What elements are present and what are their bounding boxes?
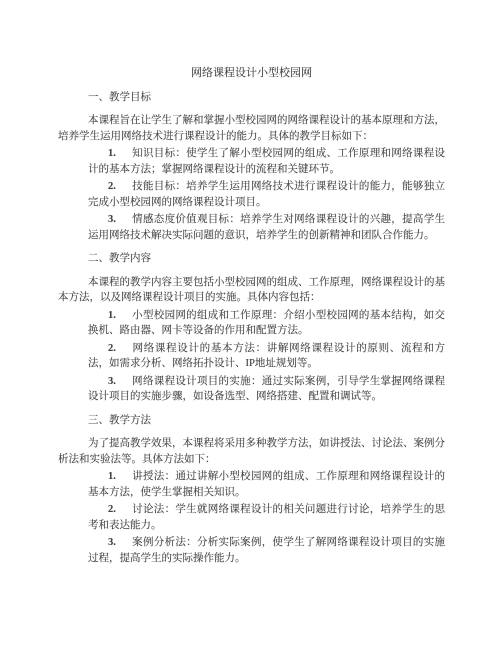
section-heading: 二、教学内容 <box>58 251 445 267</box>
list-item: 2.网络课程设计的基本方法：讲解网络课程设计的原则、流程和方法，如需求分析、网络… <box>58 341 445 372</box>
section-heading: 一、教学目标 <box>58 90 445 106</box>
section-intro: 为了提高教学效果，本课程将采用多种教学方法，如讲授法、讨论法、案例分析法和实验法… <box>58 436 445 467</box>
item-text: 情感态度价值观目标：培养学生对网络课程设计的兴趣，提高学生运用网络技术解决实际问… <box>88 214 445 241</box>
page-title: 网络课程设计小型校园网 <box>58 66 445 82</box>
section-intro: 本课程的教学内容主要包括小型校园网的组成、工作原理，网络课程设计的基本方法，以及… <box>58 275 445 306</box>
list-item: 2.讨论法：学生就网络课程设计的相关问题进行讨论，培养学生的思考和表达能力。 <box>58 502 445 533</box>
item-number: 1. <box>108 471 116 482</box>
list-item: 2.技能目标：培养学生运用网络技术进行课程设计的能力，能够独立完成小型校园网的网… <box>58 179 445 210</box>
section-heading: 三、教学方法 <box>58 413 445 429</box>
item-number: 1. <box>108 310 116 321</box>
item-text: 网络课程设计的基本方法：讲解网络课程设计的原则、流程和方法，如需求分析、网络拓扑… <box>88 343 445 370</box>
item-number: 3. <box>108 376 116 387</box>
item-number: 3. <box>108 537 116 548</box>
list-item: 3.情感态度价值观目标：培养学生对网络课程设计的兴趣，提高学生运用网络技术解决实… <box>58 212 445 243</box>
section-intro: 本课程旨在让学生了解和掌握小型校园网的网络课程设计的基本原理和方法，培养学生运用… <box>58 113 445 144</box>
list-item: 1.知识目标：使学生了解小型校园网的组成、工作原理和网络课程设计的基本方法；掌握… <box>58 146 445 177</box>
list-item: 1.讲授法：通过讲解小型校园网的组成、工作原理和网络课程设计的基本方法，使学生掌… <box>58 469 445 500</box>
item-number: 2. <box>108 343 116 354</box>
item-text: 技能目标：培养学生运用网络技术进行课程设计的能力，能够独立完成小型校园网的网络课… <box>88 181 445 208</box>
item-number: 1. <box>108 148 116 159</box>
list-item: 1.小型校园网的组成和工作原理：介绍小型校园网的基本结构，如交换机、路由器、网卡… <box>58 308 445 339</box>
item-number: 2. <box>108 504 116 515</box>
list-item: 3.案例分析法：分析实际案例，使学生了解网络课程设计项目的实施过程，提高学生的实… <box>58 535 445 566</box>
item-text: 案例分析法：分析实际案例，使学生了解网络课程设计项目的实施过程，提高学生的实际操… <box>88 537 445 564</box>
list-item: 3.网络课程设计项目的实施：通过实际案例，引导学生掌握网络课程设计项目的实施步骤… <box>58 374 445 405</box>
item-text: 网络课程设计项目的实施：通过实际案例，引导学生掌握网络课程设计项目的实施步骤，如… <box>88 376 445 403</box>
item-text: 讲授法：通过讲解小型校园网的组成、工作原理和网络课程设计的基本方法，使学生掌握相… <box>88 471 445 498</box>
item-text: 讨论法：学生就网络课程设计的相关问题进行讨论，培养学生的思考和表达能力。 <box>88 504 445 531</box>
item-text: 知识目标：使学生了解小型校园网的组成、工作原理和网络课程设计的基本方法；掌握网络… <box>88 148 445 175</box>
item-number: 2. <box>108 181 116 192</box>
document-page: 网络课程设计小型校园网 一、教学目标 本课程旨在让学生了解和掌握小型校园网的网络… <box>0 0 500 647</box>
item-number: 3. <box>108 214 116 225</box>
item-text: 小型校园网的组成和工作原理：介绍小型校园网的基本结构，如交换机、路由器、网卡等设… <box>88 310 445 337</box>
